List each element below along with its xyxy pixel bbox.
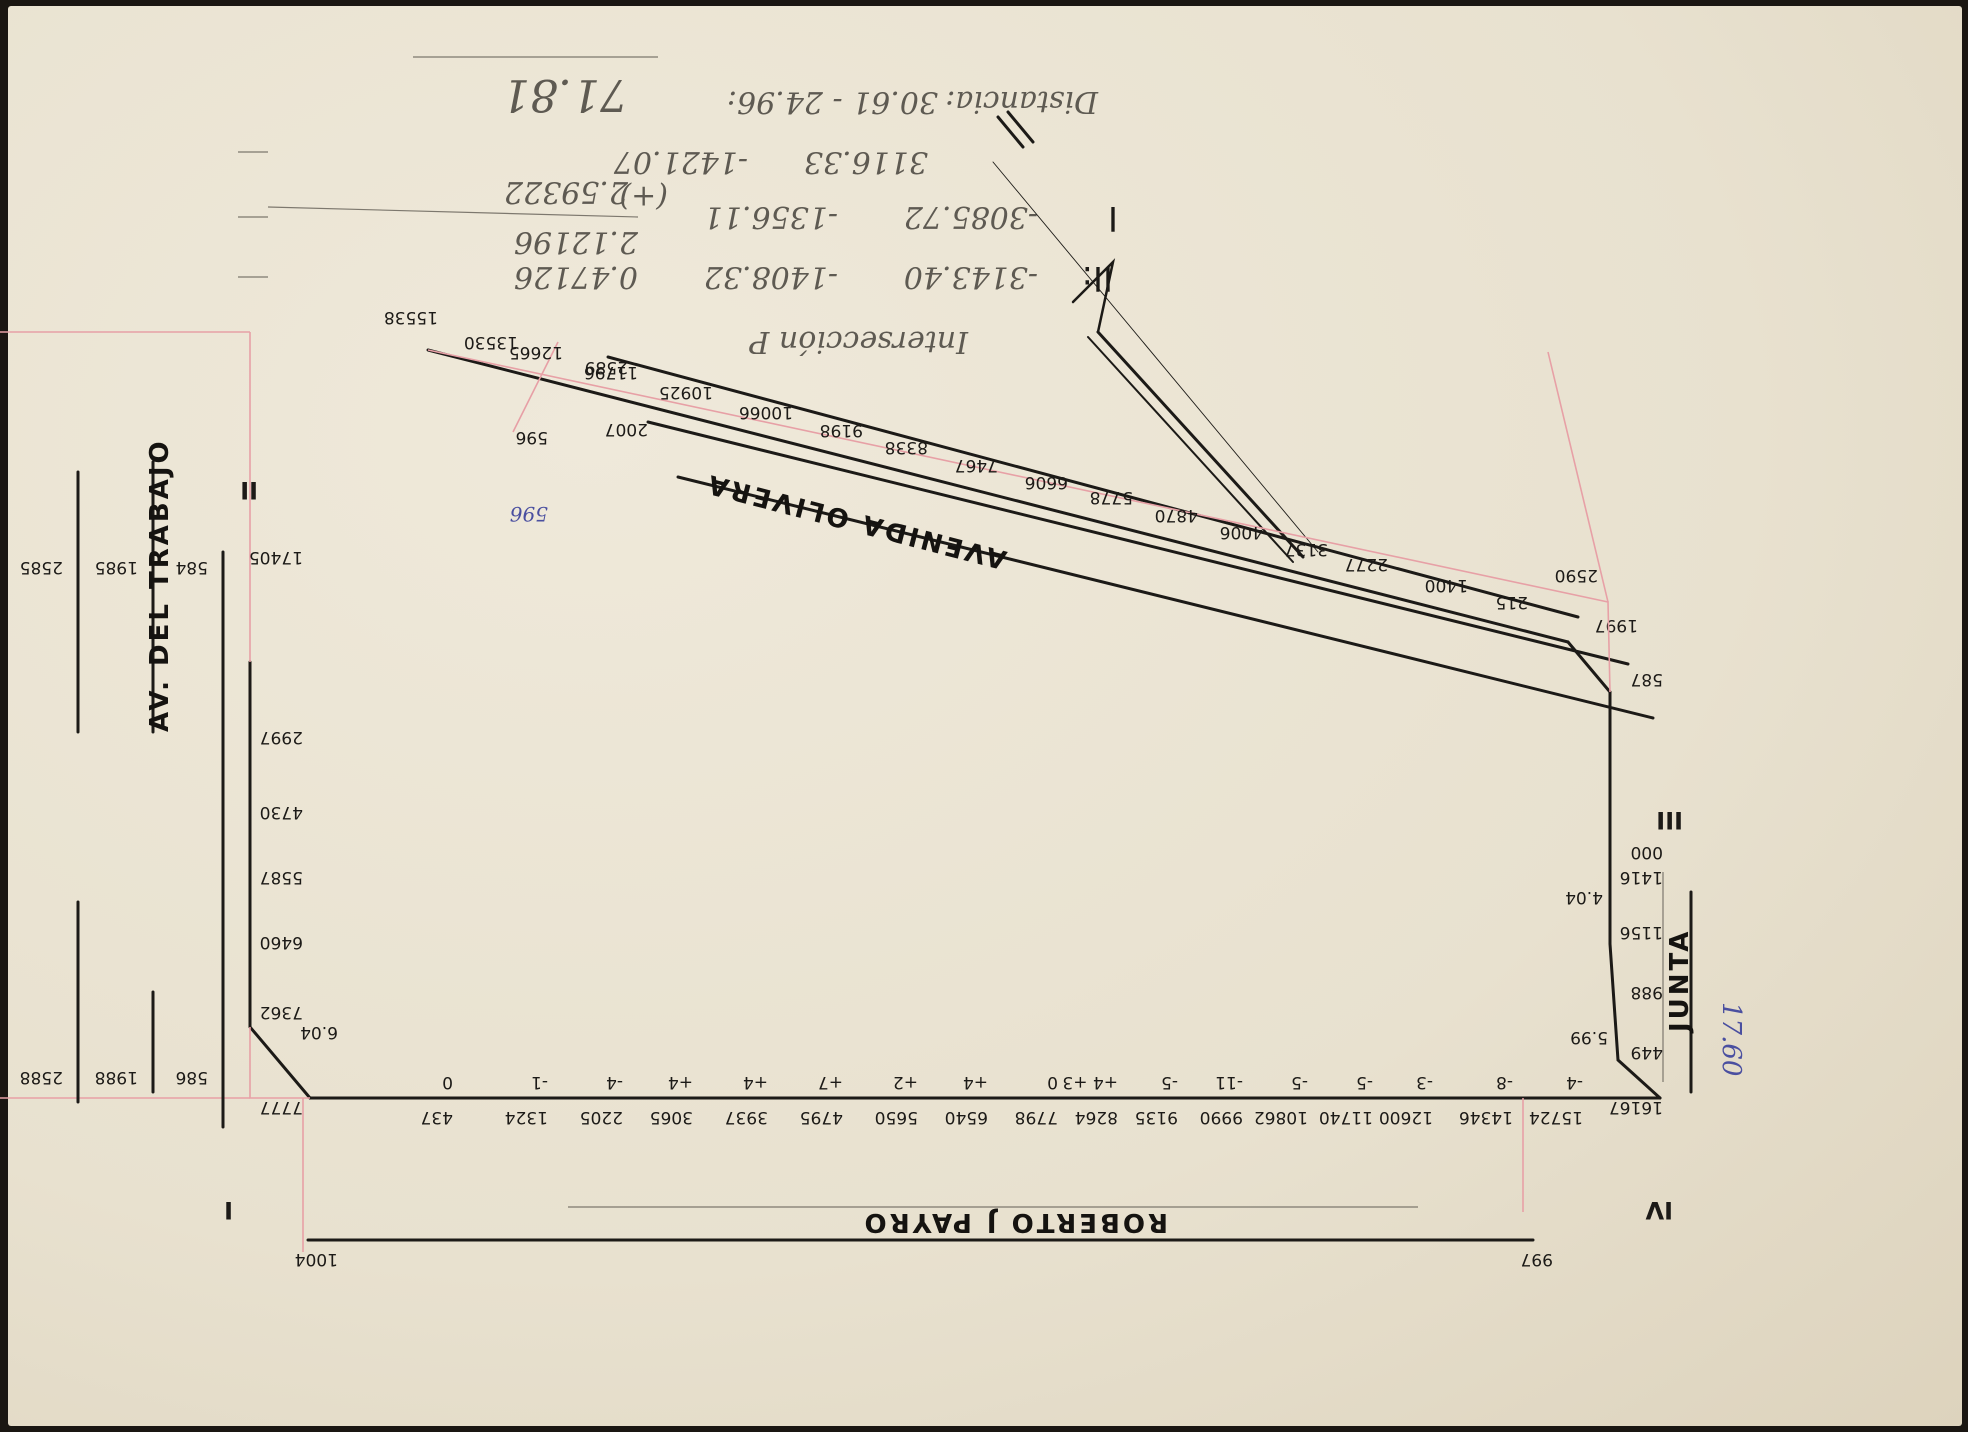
svg-text:2205: 2205: [580, 1107, 623, 1127]
svg-text:6540: 6540: [945, 1107, 988, 1127]
level-olivera-right-1: 2590: [1555, 565, 1598, 585]
svg-text:0: 0: [1047, 1072, 1058, 1092]
note-row-1-y: -1408.32: [704, 259, 838, 294]
level-olivera-left-2: 2007: [605, 419, 648, 439]
station-dist: 4006: [1220, 522, 1263, 542]
distance-expression: 30.61 - 24.96:: [727, 84, 938, 119]
station-dist: 3137: [1285, 539, 1328, 559]
svg-text:11740: 11740: [1319, 1107, 1373, 1127]
svg-text:7798: 7798: [1015, 1107, 1058, 1127]
corner-III: III: [1656, 806, 1683, 834]
svg-text:-11: -11: [1215, 1072, 1243, 1092]
station-dist: 11796: [584, 362, 638, 382]
note-row-3-y: -1421.07: [613, 144, 748, 179]
station-dist: 215: [1496, 592, 1528, 612]
junta-street: JUNTA 17.60: [1663, 872, 1746, 1092]
margin-dashes: [238, 152, 268, 277]
station-dist: 12665: [509, 342, 563, 362]
svg-text:-5: -5: [1161, 1072, 1178, 1092]
station-dist: 6606: [1025, 472, 1068, 492]
level-trabajo-bottom-2: 1988: [95, 1067, 138, 1087]
level-trabajo-top-1: 584: [176, 557, 208, 577]
svg-text:-5: -5: [1356, 1072, 1373, 1092]
station-dist: 5778: [1090, 487, 1133, 507]
svg-text:+4: +4: [743, 1072, 768, 1092]
station-dist: 4730: [260, 802, 303, 822]
svg-text:4795: 4795: [800, 1107, 843, 1127]
street-label-junta: JUNTA: [1665, 929, 1695, 1034]
svg-text:0: 0: [442, 1072, 453, 1092]
north-arrow-icon: [993, 112, 1318, 562]
notes-heading: Intersección P: [748, 324, 969, 359]
svg-text:-4: -4: [606, 1072, 623, 1092]
level-trabajo-bottom-1: 586: [176, 1067, 208, 1087]
level-trabajo-top-3: 2585: [20, 557, 63, 577]
roberto-j-payro-street: ROBERTO J PAYRO 997 1004: [295, 1207, 1553, 1269]
corner-I: I: [224, 1196, 233, 1224]
distance-value: 71.81: [502, 69, 628, 120]
svg-text:3065: 3065: [650, 1107, 693, 1127]
level-olivera-right-3: 587: [1631, 669, 1663, 689]
level-trabajo-top-2: 1985: [95, 557, 138, 577]
svg-text:-1: -1: [531, 1072, 548, 1092]
station-dist: 6460: [260, 932, 303, 952]
station-dist: 7467: [955, 455, 998, 475]
station-dist: 15538: [384, 307, 438, 327]
chamfer-olivera-junta: 4.04: [1565, 887, 1603, 907]
calculation-notes: Distancia: 30.61 - 24.96: 71.81 3116.33 …: [238, 57, 1118, 359]
chamfer-payro-trabajo: 6.04: [300, 1022, 338, 1042]
level-payro-left: 1004: [295, 1249, 338, 1269]
station-dist: 2277: [1345, 554, 1388, 574]
svg-text:5650: 5650: [875, 1107, 918, 1127]
svg-text:-3: -3: [1416, 1072, 1433, 1092]
level-olivera-left-3: 596: [516, 427, 548, 447]
station-dist: 7777: [260, 1097, 303, 1117]
svg-text:+4: +4: [963, 1072, 988, 1092]
station-dist: 2997: [260, 727, 303, 747]
note-row-1-x: -3143.40: [904, 259, 1038, 294]
level-payro-right: 997: [1521, 1249, 1553, 1269]
corner-II: II: [240, 476, 258, 504]
station-dist: 1416: [1620, 867, 1663, 887]
svg-text:1324: 1324: [505, 1107, 548, 1127]
corner-IV: IV: [1645, 1196, 1673, 1224]
svg-text:+7: +7: [818, 1072, 843, 1092]
street-label-olivera: AVENIDA OLIVERA: [702, 468, 1009, 575]
station-dist: 4870: [1155, 505, 1198, 525]
note-row-3-z: 2.59322: [504, 174, 629, 209]
svg-text:437: 437: [421, 1107, 453, 1127]
note-row-1-z: 0.47126: [514, 259, 638, 294]
station-dist: 1400: [1425, 575, 1468, 595]
svg-text:9990: 9990: [1200, 1107, 1243, 1127]
blue-596-mark: 596: [510, 502, 548, 526]
svg-text:3937: 3937: [725, 1107, 768, 1127]
station-dist: 1156: [1620, 922, 1663, 942]
station-dist: 10066: [739, 402, 793, 422]
station-dist: 000: [1631, 842, 1663, 862]
note-row-2-z: 2.12196: [514, 224, 639, 259]
street-label-trabajo: AV. DEL TRABAJO: [145, 438, 175, 732]
svg-text:-5: -5: [1291, 1072, 1308, 1092]
survey-plan-page: Distancia: 30.61 - 24.96: 71.81 3116.33 …: [0, 0, 1968, 1432]
level-olivera-right-2: 1997: [1595, 615, 1638, 635]
svg-text:-8: -8: [1496, 1072, 1513, 1092]
lot-boundary: [250, 332, 1660, 1098]
svg-text:+4: +4: [668, 1072, 693, 1092]
svg-text:15724: 15724: [1529, 1107, 1583, 1127]
svg-text:12600: 12600: [1379, 1107, 1433, 1127]
svg-text:+2: +2: [893, 1072, 918, 1092]
svg-text:10862: 10862: [1254, 1107, 1308, 1127]
svg-text:9135: 9135: [1135, 1107, 1178, 1127]
blue-measure-17-60: 17.60: [1716, 1002, 1746, 1076]
distance-label: Distancia:: [945, 84, 1099, 119]
note-row-2-y: -1356.11: [704, 199, 838, 234]
station-dist: 16167: [1609, 1097, 1663, 1117]
level-trabajo-bottom-3: 2588: [20, 1067, 63, 1087]
station-dist: 7362: [260, 1002, 303, 1022]
svg-text:8264: 8264: [1075, 1107, 1118, 1127]
chamfer-junta-payro: 5.99: [1570, 1027, 1608, 1047]
station-dist: 8338: [885, 437, 928, 457]
av-del-trabajo-street: AV. DEL TRABAJO 586 1988 2588 584 1985 2…: [20, 438, 223, 1127]
note-row-2-label: I: [1108, 198, 1118, 238]
station-dist: 9198: [820, 420, 863, 440]
station-dist: 449: [1631, 1042, 1663, 1062]
svg-text:14346: 14346: [1459, 1107, 1513, 1127]
note-row-3-x: 3116.33: [804, 144, 928, 179]
note-row-2-x: -3085.72: [904, 199, 1038, 234]
station-dist: 10925: [659, 382, 713, 402]
trabajo-stations: 7362 6460 5587 4730 2997 17405 7777 6.04: [249, 547, 338, 1117]
avenida-olivera-street: AVENIDA OLIVERA 2590 1997 587 2589 2007 …: [516, 357, 1663, 718]
street-label-payro: ROBERTO J PAYRO: [862, 1207, 1168, 1237]
station-dist: 5587: [260, 867, 303, 887]
site-plan-drawing: Distancia: 30.61 - 24.96: 71.81 3116.33 …: [0, 0, 1968, 1432]
station-dist: 17405: [249, 547, 303, 567]
station-dist: 988: [1631, 982, 1663, 1002]
svg-text:-4: -4: [1566, 1072, 1583, 1092]
svg-text:+4 +3: +4 +3: [1062, 1072, 1118, 1092]
